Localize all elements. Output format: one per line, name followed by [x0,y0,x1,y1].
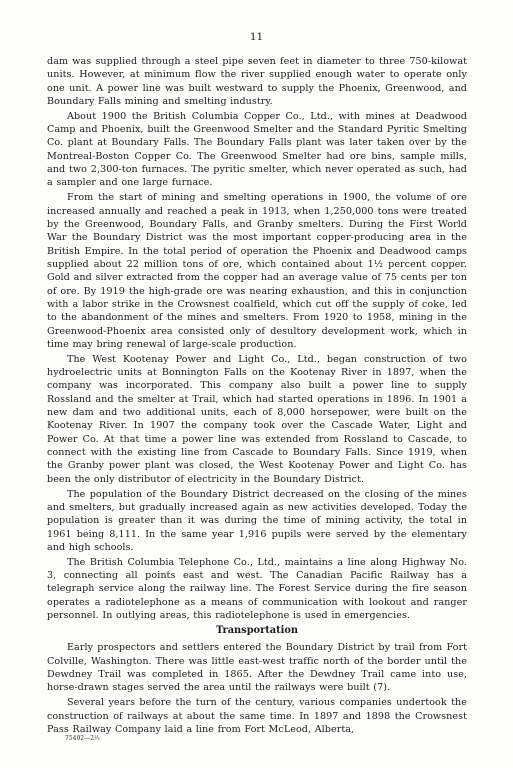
paragraph-telephone: The British Columbia Telephone Co., Ltd.… [47,556,467,623]
paragraph-bc-copper: About 1900 the British Columbia Copper C… [47,110,467,190]
footer-print-code: 75402—2½ [65,735,100,742]
paragraph-dam-supply: dam was supplied through a steel pipe se… [47,55,467,108]
page-number: 11 [0,31,513,43]
body-text: dam was supplied through a steel pipe se… [47,55,467,738]
paragraph-mining-operations: From the start of mining and smelting op… [47,191,467,351]
document-page: 11 dam was supplied through a steel pipe… [0,0,513,768]
paragraph-early-prospectors: Early prospectors and settlers entered t… [47,641,467,694]
section-heading-transportation: Transportation [47,624,467,638]
paragraph-west-kootenay-power: The West Kootenay Power and Light Co., L… [47,353,467,486]
paragraph-population: The population of the Boundary District … [47,488,467,555]
paragraph-railways: Several years before the turn of the cen… [47,696,467,736]
